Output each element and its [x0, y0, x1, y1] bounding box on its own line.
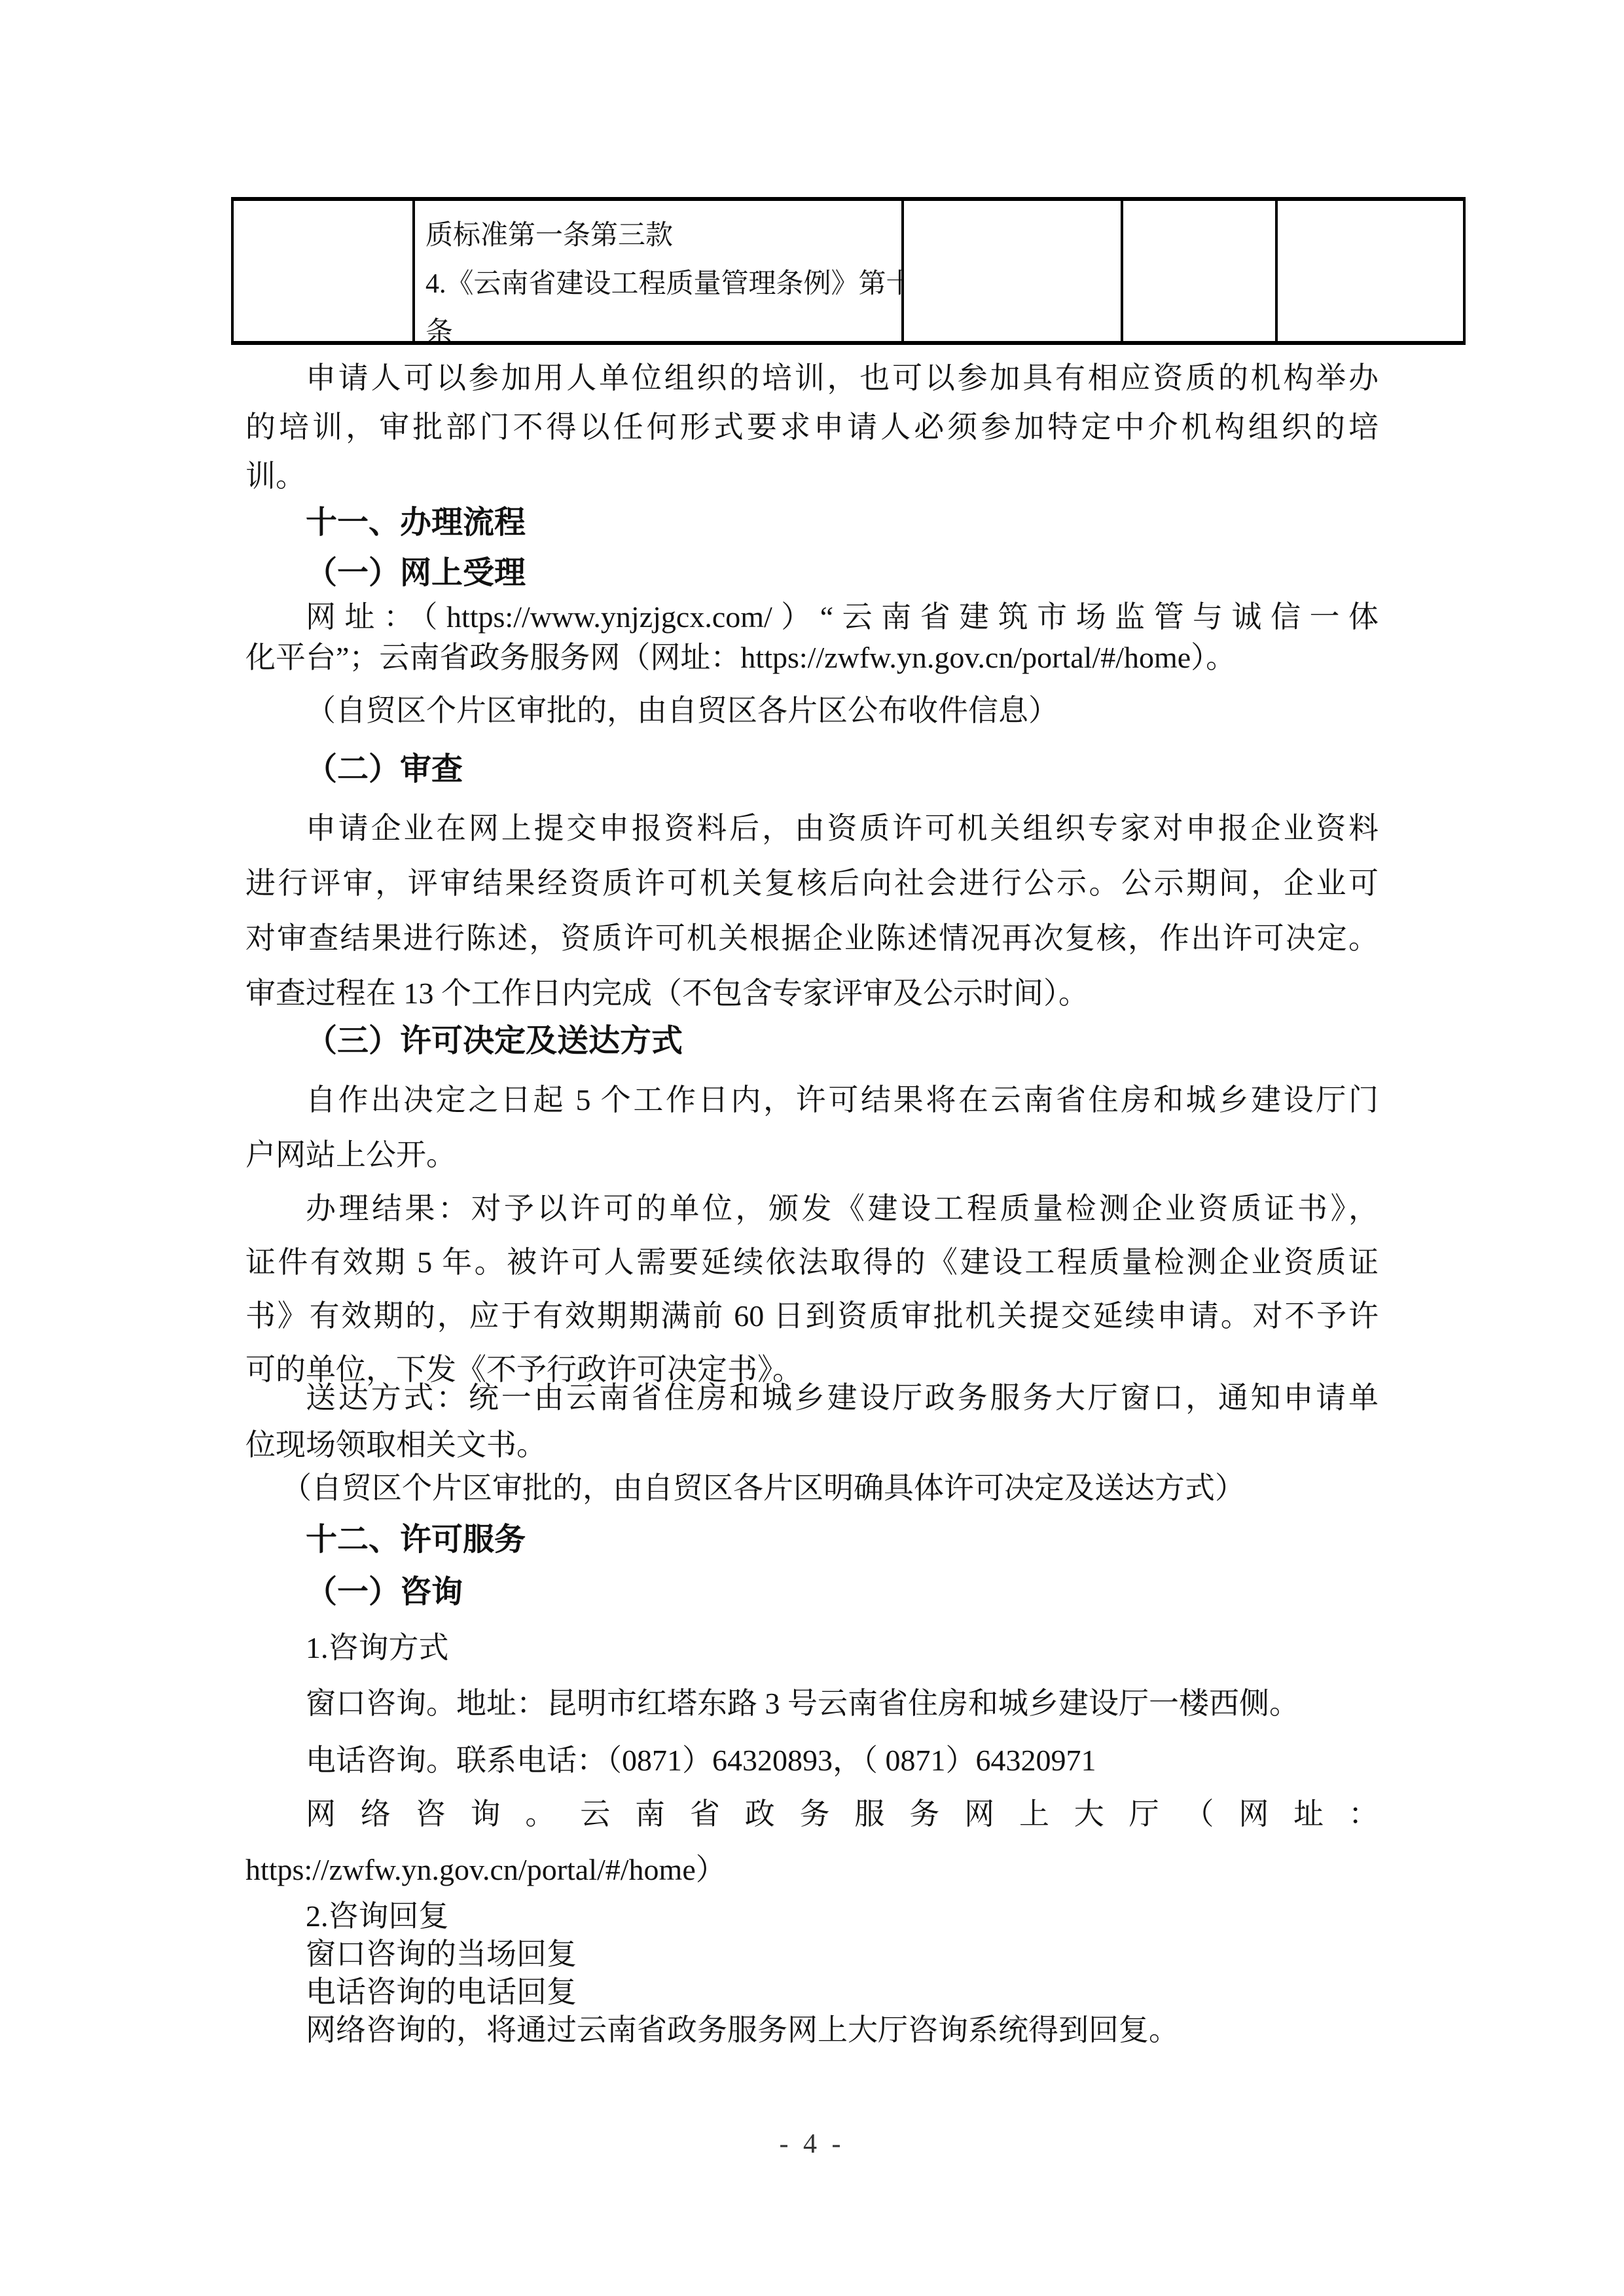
paragraph-consult-reply-line-4: 网络咨询的，将通过云南省政务服务网上大厅咨询系统得到回复。 [245, 2011, 1379, 2049]
paragraph-consult-method-label: 1.咨询方式 [245, 1624, 1379, 1672]
table-cell-1 [231, 201, 412, 341]
table-cell-2-legal-basis-line-1: 质标准第一条第三款 [425, 211, 901, 260]
paragraph-handling-result-line-1: 办理结果：对予以许可的单位，颁发《建设工程质量检测企业资质证书》， [245, 1182, 1379, 1236]
paragraph-delivery-method: 送达方式：统一由云南省住房和城乡建设厅政务服务大厅窗口，通知申请单位现场领取相关… [245, 1374, 1379, 1469]
qualification-basis-table: 质标准第一条第三款4.《云南省建设工程质量管理条例》第十三条 [231, 197, 1466, 345]
paragraph-ftz-decision-delivery: （自贸区个片区审批的，由自贸区各片区明确具体许可决定及送达方式） [245, 1465, 1379, 1512]
paragraph-review-process-line-3: 对审查结果进行陈述，资质许可机关根据企业陈述情况再次复核，作出许可决定。 [245, 911, 1379, 966]
paragraph-handling-result: 办理结果：对予以许可的单位，颁发《建设工程质量检测企业资质证书》，证件有效期 5… [245, 1182, 1379, 1397]
page-number: - 4 - [0, 2128, 1624, 2160]
paragraph-consult-reply-line-3: 电话咨询的电话回复 [245, 1973, 1379, 2011]
heading-11-2-review: （二）审查 [245, 749, 1379, 789]
table-cell-3 [901, 201, 1121, 341]
paragraph-consult-reply-line-2: 窗口咨询的当场回复 [245, 1935, 1379, 1973]
heading-12-1-consultation: （一）咨询 [245, 1572, 1379, 1611]
table-cell-2-legal-basis-line-2: 4.《云南省建设工程质量管理条例》第十三 [425, 260, 901, 308]
paragraph-phone-consultation: 电话咨询。联系电话：（0871）64320893，（ 0871）64320971 [245, 1737, 1379, 1784]
paragraph-delivery-method-line-2: 位现场领取相关文书。 [245, 1422, 1379, 1469]
paragraph-web-address-line-2: 化平台”；云南省政务服务网（网址：https://zwfw.yn.gov.cn/… [245, 637, 1379, 678]
paragraph-training-notice-line-1: 申请人可以参加用人单位组织的培训，也可以参加具有相应资质的机构举办 [245, 353, 1379, 403]
heading-11-3-decision-delivery: （三）许可决定及送达方式 [245, 1021, 1379, 1060]
paragraph-ftz-receipt-info: （自贸区个片区审批的，由自贸区各片区公布收件信息） [245, 691, 1379, 731]
paragraph-decision-publication-line-1: 自作出决定之日起 5 个工作日内，许可结果将在云南省住房和城乡建设厅门 [245, 1073, 1379, 1128]
paragraph-decision-publication-line-2: 户网站上公开。 [245, 1128, 1379, 1183]
paragraph-consult-reply: 2.咨询回复窗口咨询的当场回复电话咨询的电话回复网络咨询的，将通过云南省政务服务… [245, 1897, 1379, 2049]
paragraph-online-consultation-line-1: 网络咨询。云南省政务服务网上大厅（网址： [245, 1786, 1379, 1842]
paragraph-review-process-line-1: 申请企业在网上提交申报资料后，由资质许可机关组织专家对申报企业资料 [245, 801, 1379, 856]
paragraph-online-consultation: 网络咨询。云南省政务服务网上大厅（网址：https://zwfw.yn.gov.… [245, 1786, 1379, 1897]
paragraph-web-address-line-1: 网址：（https://www.ynjzjgcx.com/）“云南省建筑市场监管… [245, 597, 1379, 637]
paragraph-decision-publication: 自作出决定之日起 5 个工作日内，许可结果将在云南省住房和城乡建设厅门户网站上公… [245, 1073, 1379, 1183]
document-page: { "table": { "row_cells": [ { "text": ""… [0, 0, 1624, 2296]
paragraph-training-notice-line-2: 的培训，审批部门不得以任何形式要求申请人必须参加特定中介机构组织的培 [245, 403, 1379, 452]
heading-11-1-online-acceptance: （一）网上受理 [245, 553, 1379, 592]
table-cell-4 [1121, 201, 1275, 341]
paragraph-window-consultation: 窗口咨询。地址：昆明市红塔东路 3 号云南省住房和城乡建设厅一楼西侧。 [245, 1680, 1379, 1727]
paragraph-delivery-method-line-1: 送达方式：统一由云南省住房和城乡建设厅政务服务大厅窗口，通知申请单 [245, 1374, 1379, 1422]
paragraph-handling-result-line-3: 书》有效期的，应于有效期期满前 60 日到资质审批机关提交延续申请。对不予许 [245, 1289, 1379, 1343]
paragraph-training-notice: 申请人可以参加用人单位组织的培训，也可以参加具有相应资质的机构举办的培训，审批部… [245, 353, 1379, 501]
table-cell-2-legal-basis-line-3: 条 [425, 308, 901, 341]
paragraph-handling-result-line-2: 证件有效期 5 年。被许可人需要延续依法取得的《建设工程质量检测企业资质证 [245, 1236, 1379, 1289]
table-cell-5 [1275, 201, 1466, 341]
paragraph-consult-reply-line-1: 2.咨询回复 [245, 1897, 1379, 1935]
paragraph-training-notice-line-3: 训。 [245, 452, 1379, 501]
paragraph-web-address: 网址：（https://www.ynjzjgcx.com/）“云南省建筑市场监管… [245, 597, 1379, 678]
heading-12-license-service: 十二、许可服务 [245, 1520, 1379, 1559]
paragraph-review-process-line-2: 进行评审，评审结果经资质许可机关复核后向社会进行公示。公示期间，企业可 [245, 856, 1379, 911]
paragraph-online-consultation-line-2: https://zwfw.yn.gov.cn/portal/#/home） [245, 1842, 1379, 1897]
heading-11-process: 十一、办理流程 [245, 503, 1379, 542]
paragraph-review-process: 申请企业在网上提交申报资料后，由资质许可机关组织专家对申报企业资料进行评审，评审… [245, 801, 1379, 1021]
paragraph-review-process-line-4: 审查过程在 13 个工作日内完成（不包含专家评审及公示时间）。 [245, 966, 1379, 1021]
table-cell-2-legal-basis: 质标准第一条第三款4.《云南省建设工程质量管理条例》第十三条 [412, 201, 901, 341]
